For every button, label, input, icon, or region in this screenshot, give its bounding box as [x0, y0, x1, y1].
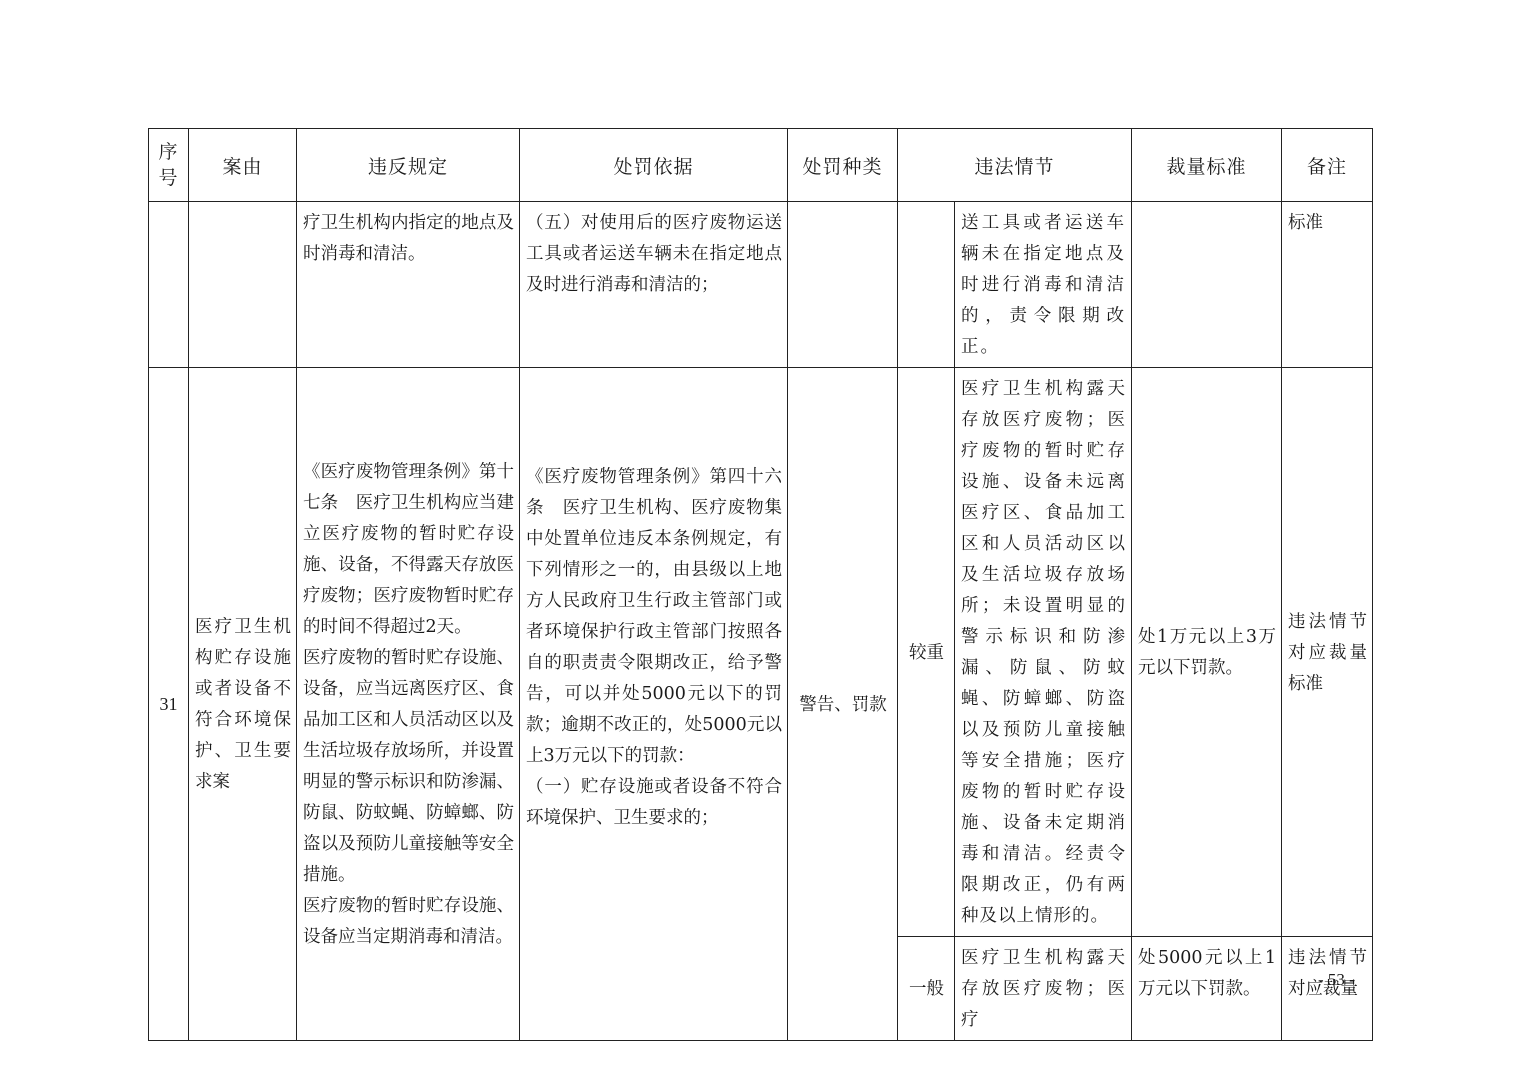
- violated-rule-text: 《医疗废物管理条例》第十七条 医疗卫生机构应当建立医疗废物的暂时贮存设施、设备，…: [297, 451, 519, 957]
- seq-number: 31: [149, 689, 188, 720]
- cell-level-severe: 较重: [898, 368, 955, 937]
- cell-violated-rule: 疗卫生机构内指定的地点及时消毒和清洁。: [297, 202, 520, 368]
- level-text: 一般: [898, 968, 954, 1009]
- cell-remarks: 标准: [1282, 202, 1373, 368]
- header-violated-rule: 违反规定: [297, 129, 520, 202]
- cell-seq: 31: [149, 368, 189, 1041]
- cell-penalty-basis: （五）对使用后的医疗废物运送工具或者运送车辆未在指定地点及时进行消毒和清洁的；: [520, 202, 788, 368]
- cell-standard-severe: 处1万元以上3万元以下罚款。: [1132, 368, 1282, 937]
- cell-level-general: 一般: [898, 937, 955, 1041]
- cell-case: 医疗卫生机构贮存设施或者设备不符合环境保护、卫生要求案: [189, 368, 297, 1041]
- cell-detail-severe: 医疗卫生机构露天存放医疗废物；医疗废物的暂时贮存设施、设备未远离医疗区、食品加工…: [955, 368, 1132, 937]
- detail-text: 医疗卫生机构露天存放医疗废物；医疗: [955, 937, 1131, 1040]
- cell-circumstances-detail: 送工具或者运送车辆未在指定地点及时进行消毒和清洁的，责令限期改正。: [955, 202, 1132, 368]
- cell-case-empty: [189, 202, 297, 368]
- document-page: 序 号 案由 违反规定 处罚依据 处罚种类 违法情节 裁量标准 备注 疗卫生机构…: [0, 0, 1520, 1074]
- cell-detail-general: 医疗卫生机构露天存放医疗废物；医疗: [955, 937, 1132, 1041]
- page-number: - 53 -: [1318, 970, 1355, 990]
- penalty-discretion-table: 序 号 案由 违反规定 处罚依据 处罚种类 违法情节 裁量标准 备注 疗卫生机构…: [148, 128, 1373, 1041]
- table-row-31-severe: 31 医疗卫生机构贮存设施或者设备不符合环境保护、卫生要求案 《医疗废物管理条例…: [149, 368, 1373, 937]
- header-remarks: 备注: [1282, 129, 1373, 202]
- header-seq: 序 号: [149, 129, 189, 202]
- table-row-continued: 疗卫生机构内指定的地点及时消毒和清洁。 （五）对使用后的医疗废物运送工具或者运送…: [149, 202, 1373, 368]
- penalty-basis-text: （五）对使用后的医疗废物运送工具或者运送车辆未在指定地点及时进行消毒和清洁的；: [520, 202, 787, 305]
- cell-level-empty: [898, 202, 955, 368]
- header-discretion-standard: 裁量标准: [1132, 129, 1282, 202]
- level-text: 较重: [898, 632, 954, 673]
- remarks-text: 违法情节对应裁量标准: [1282, 601, 1372, 704]
- cell-remarks-severe: 违法情节对应裁量标准: [1282, 368, 1373, 937]
- cell-penalty-basis: 《医疗废物管理条例》第四十六条 医疗卫生机构、医疗废物集中处置单位违反本条例规定…: [520, 368, 788, 1041]
- header-circumstances: 违法情节: [898, 129, 1132, 202]
- header-row: 序 号 案由 违反规定 处罚依据 处罚种类 违法情节 裁量标准 备注: [149, 129, 1373, 202]
- penalty-type-text: 警告、罚款: [788, 684, 897, 725]
- header-case: 案由: [189, 129, 297, 202]
- remarks-text: 标准: [1282, 202, 1372, 243]
- case-text: 医疗卫生机构贮存设施或者设备不符合环境保护、卫生要求案: [189, 606, 296, 802]
- header-penalty-type: 处罚种类: [788, 129, 898, 202]
- circumstances-detail-text: 送工具或者运送车辆未在指定地点及时进行消毒和清洁的，责令限期改正。: [955, 202, 1131, 367]
- header-penalty-basis: 处罚依据: [520, 129, 788, 202]
- cell-penalty-type-empty: [788, 202, 898, 368]
- cell-standard-general: 处5000元以上1万元以下罚款。: [1132, 937, 1282, 1041]
- standard-text: 处5000元以上1万元以下罚款。: [1132, 937, 1281, 1009]
- standard-text: 处1万元以上3万元以下罚款。: [1132, 616, 1281, 688]
- cell-seq-empty: [149, 202, 189, 368]
- violated-rule-text: 疗卫生机构内指定的地点及时消毒和清洁。: [297, 202, 519, 274]
- cell-penalty-type: 警告、罚款: [788, 368, 898, 1041]
- detail-text: 医疗卫生机构露天存放医疗废物；医疗废物的暂时贮存设施、设备未远离医疗区、食品加工…: [955, 368, 1131, 936]
- cell-standard-empty: [1132, 202, 1282, 368]
- penalty-basis-text: 《医疗废物管理条例》第四十六条 医疗卫生机构、医疗废物集中处置单位违反本条例规定…: [520, 456, 787, 838]
- cell-violated-rule: 《医疗废物管理条例》第十七条 医疗卫生机构应当建立医疗废物的暂时贮存设施、设备，…: [297, 368, 520, 1041]
